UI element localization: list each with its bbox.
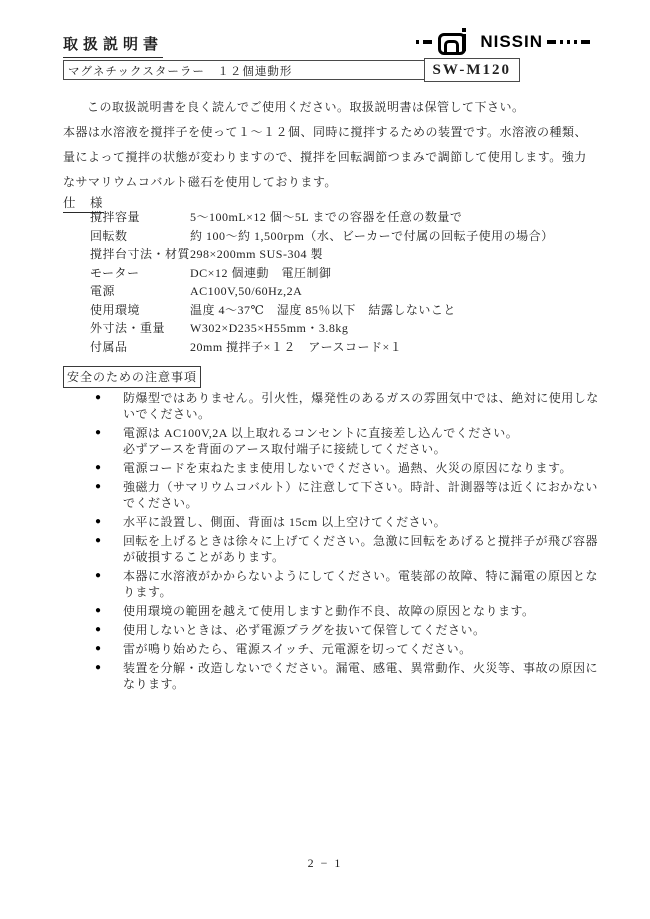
- safety-item: ● 防爆型ではありません。引火性，爆発性のあるガスの雰囲気中では、絶対に使用しな…: [95, 390, 595, 422]
- safety-item: ● 装置を分解・改造しないでください。漏電、感電、異常動作、火災等、事故の原因に…: [95, 660, 595, 692]
- spec-label: 撹拌台寸法・材質: [90, 245, 190, 264]
- safety-text: 装置を分解・改造しないでください。漏電、感電、異常動作、火災等、事故の原因に: [123, 660, 598, 676]
- manual-page: 取扱説明書 NISSIN マグネチックスターラー １２個連動形 SW-M120 …: [0, 0, 650, 919]
- safety-item: ● 水平に設置し、側面、背面は 15cm 以上空けてください。: [95, 514, 595, 530]
- spec-row: 使用環境 温度 4～37℃ 湿度 85％以下 結露しないこと: [90, 301, 600, 320]
- spec-label: 外寸法・重量: [90, 319, 190, 338]
- safety-text: が破損することがあります。: [123, 549, 598, 565]
- logo-dash-icon: [423, 40, 432, 44]
- safety-text: なります。: [123, 676, 598, 692]
- page-title: 取扱説明書: [63, 33, 163, 58]
- spec-row: 外寸法・重量 W302×D235×H55mm・3.8kg: [90, 319, 600, 338]
- safety-item: ● 強磁力（サマリウムコバルト）に注意して下さい。時計、計測器等は近くにおかない…: [95, 479, 595, 511]
- safety-item: ● 回転を上げるときは徐々に上げてください。急激に回転をあげると撹拌子が飛び容器…: [95, 533, 595, 565]
- intro-line: なサマリウムコバルト磁石を使用しております。: [63, 170, 593, 195]
- bullet-icon: ●: [95, 660, 123, 692]
- safety-item: ● 電源は AC100V,2A 以上取れるコンセントに直接差し込んでください。 …: [95, 425, 595, 457]
- intro-paragraph: この取扱説明書を良く読んでご使用ください。取扱説明書は保管して下さい。 本器は水…: [63, 95, 593, 195]
- safety-text: 使用環境の範囲を越えて使用しますと動作不良、故障の原因となります。: [123, 603, 535, 619]
- spec-value: 20mm 撹拌子×１２ アースコード×１: [190, 338, 402, 357]
- spec-row: モーター DC×12 個連動 電圧制御: [90, 264, 600, 283]
- bullet-icon: ●: [95, 479, 123, 511]
- logo-dash-icon: [581, 40, 590, 44]
- spec-label: 撹拌容量: [90, 208, 190, 227]
- spec-row: 撹拌容量 5～100mL×12 個～5L までの容器を任意の数量で: [90, 208, 600, 227]
- safety-item: ● 使用環境の範囲を越えて使用しますと動作不良、故障の原因となります。: [95, 603, 595, 619]
- safety-text: 回転を上げるときは徐々に上げてください。急激に回転をあげると撹拌子が飛び容器: [123, 533, 598, 549]
- bullet-icon: ●: [95, 533, 123, 565]
- spec-label: 使用環境: [90, 301, 190, 320]
- logo-dash-icon: [547, 40, 556, 44]
- spec-value: 約 100～約 1,500rpm（水、ビーカーで付属の回転子使用の場合）: [190, 227, 554, 246]
- bullet-icon: ●: [95, 568, 123, 600]
- bullet-icon: ●: [95, 622, 123, 638]
- model-box: SW-M120: [424, 58, 520, 82]
- nissin-ni-mark-icon: [438, 28, 474, 56]
- model-number: SW-M120: [433, 62, 511, 79]
- page-number: 2 − 1: [0, 856, 650, 871]
- safety-text: 電源は AC100V,2A 以上取れるコンセントに直接差し込んでください。: [123, 425, 518, 441]
- logo-dash-icon: [560, 40, 563, 44]
- brand-name: NISSIN: [480, 32, 543, 52]
- bullet-icon: ●: [95, 514, 123, 530]
- spec-label: 回転数: [90, 227, 190, 246]
- logo-dash-icon: [567, 40, 570, 44]
- spec-value: 5～100mL×12 個～5L までの容器を任意の数量で: [190, 208, 462, 227]
- spec-row: 回転数 約 100～約 1,500rpm（水、ビーカーで付属の回転子使用の場合）: [90, 227, 600, 246]
- safety-item: ● 電源コードを束ねたまま使用しないでください。過熱、火災の原因になります。: [95, 460, 595, 476]
- safety-list: ● 防爆型ではありません。引火性，爆発性のあるガスの雰囲気中では、絶対に使用しな…: [95, 390, 595, 695]
- logo-dash-icon: [416, 40, 419, 44]
- safety-text: ります。: [123, 584, 598, 600]
- spec-value: AC100V,50/60Hz,2A: [190, 282, 302, 301]
- safety-text: 電源コードを束ねたまま使用しないでください。過熱、火災の原因になります。: [123, 460, 572, 476]
- safety-text: 水平に設置し、側面、背面は 15cm 以上空けてください。: [123, 514, 446, 530]
- spec-label: 電源: [90, 282, 190, 301]
- bullet-icon: ●: [95, 425, 123, 457]
- spec-row: 撹拌台寸法・材質 298×200mm SUS-304 製: [90, 245, 600, 264]
- intro-line: 量によって撹拌の状態が変わりますので、撹拌を回転調節つまみで調節して使用します。…: [63, 145, 593, 170]
- spec-row: 電源 AC100V,50/60Hz,2A: [90, 282, 600, 301]
- intro-line: この取扱説明書を良く読んでご使用ください。取扱説明書は保管して下さい。: [63, 95, 593, 120]
- bullet-icon: ●: [95, 641, 123, 657]
- safety-text: 防爆型ではありません。引火性，爆発性のあるガスの雰囲気中では、絶対に使用しな: [123, 390, 599, 406]
- safety-text: いでください。: [123, 406, 599, 422]
- nissin-logo: NISSIN: [416, 28, 590, 56]
- safety-text: でください。: [123, 495, 598, 511]
- safety-text: 強磁力（サマリウムコバルト）に注意して下さい。時計、計測器等は近くにおかない: [123, 479, 598, 495]
- spec-row: 付属品 20mm 撹拌子×１２ アースコード×１: [90, 338, 600, 357]
- specs-table: 撹拌容量 5～100mL×12 個～5L までの容器を任意の数量で 回転数 約 …: [90, 208, 600, 356]
- safety-item: ● 雷が鳴り始めたら、電源スイッチ、元電源を切ってください。: [95, 641, 595, 657]
- logo-dash-icon: [574, 40, 577, 44]
- spec-label: モーター: [90, 264, 190, 283]
- safety-text: 雷が鳴り始めたら、電源スイッチ、元電源を切ってください。: [123, 641, 472, 657]
- bullet-icon: ●: [95, 390, 123, 422]
- product-bar: マグネチックスターラー １２個連動形 SW-M120: [63, 60, 520, 80]
- safety-text: 本器に水溶液がかからないようにしてください。電装部の故障、特に漏電の原因とな: [123, 568, 598, 584]
- bullet-icon: ●: [95, 603, 123, 619]
- spec-value: DC×12 個連動 電圧制御: [190, 264, 331, 283]
- spec-value: W302×D235×H55mm・3.8kg: [190, 319, 348, 338]
- spec-label: 付属品: [90, 338, 190, 357]
- safety-item: ● 本器に水溶液がかからないようにしてください。電装部の故障、特に漏電の原因とな…: [95, 568, 595, 600]
- intro-line: 本器は水溶液を撹拌子を使って１～１２個、同時に撹拌するための装置です。水溶液の種…: [63, 120, 593, 145]
- safety-text: 必ずアースを背面のアース取付端子に接続してください。: [123, 441, 518, 457]
- spec-value: 298×200mm SUS-304 製: [190, 245, 323, 264]
- product-name: マグネチックスターラー １２個連動形: [68, 63, 292, 79]
- safety-heading: 安全のための注意事項: [63, 366, 201, 388]
- bullet-icon: ●: [95, 460, 123, 476]
- safety-text: 使用しないときは、必ず電源プラグを抜いて保管してください。: [123, 622, 486, 638]
- safety-item: ● 使用しないときは、必ず電源プラグを抜いて保管してください。: [95, 622, 595, 638]
- spec-value: 温度 4～37℃ 湿度 85％以下 結露しないこと: [190, 301, 456, 320]
